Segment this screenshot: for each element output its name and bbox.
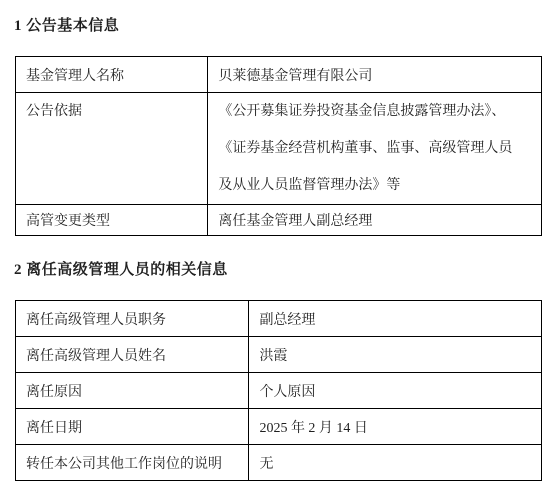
row-value-reason: 个人原因 (249, 373, 542, 409)
table-row-fund-manager: 基金管理人名称 贝莱德基金管理有限公司 (16, 57, 542, 93)
row-value-date: 2025 年 2 月 14 日 (249, 409, 542, 445)
row-value-name: 洪霞 (249, 337, 542, 373)
row-label-reason: 离任原因 (16, 373, 249, 409)
row-value-position: 副总经理 (249, 301, 542, 337)
section1-heading: 1 公告基本信息 (14, 0, 550, 34)
table-row-position: 离任高级管理人员职务 副总经理 (16, 301, 542, 337)
row-value-change-type: 离任基金管理人副总经理 (208, 205, 542, 236)
row-label-position: 离任高级管理人员职务 (16, 301, 249, 337)
table-row-reason: 离任原因 个人原因 (16, 373, 542, 409)
table-row-announcement-basis: 公告依据 《公开募集证券投资基金信息披露管理办法》、 《证券基金经营机构董事、监… (16, 93, 542, 205)
row-label-announcement-basis: 公告依据 (16, 93, 208, 205)
row-label-fund-manager: 基金管理人名称 (16, 57, 208, 93)
section2-heading: 2 离任高级管理人员的相关信息 (14, 263, 550, 278)
table-row-name: 离任高级管理人员姓名 洪霞 (16, 337, 542, 373)
table-row-transfer-note: 转任本公司其他工作岗位的说明 无 (16, 445, 542, 481)
departing-executive-info-table: 离任高级管理人员职务 副总经理 离任高级管理人员姓名 洪霞 离任原因 个人原因 … (15, 300, 542, 481)
row-value-fund-manager: 贝莱德基金管理有限公司 (208, 57, 542, 93)
row-value-announcement-basis: 《公开募集证券投资基金信息披露管理办法》、 《证券基金经营机构董事、监事、高级管… (208, 93, 542, 205)
row-value-transfer-note: 无 (249, 445, 542, 481)
row-label-change-type: 高管变更类型 (16, 205, 208, 236)
basis-line-3: 及从业人员监督管理办法》等 (218, 167, 531, 204)
row-label-name: 离任高级管理人员姓名 (16, 337, 249, 373)
announcement-document: 1 公告基本信息 基金管理人名称 贝莱德基金管理有限公司 公告依据 《公开募集证… (0, 0, 550, 493)
table-row-date: 离任日期 2025 年 2 月 14 日 (16, 409, 542, 445)
table-row-change-type: 高管变更类型 离任基金管理人副总经理 (16, 205, 542, 236)
row-label-date: 离任日期 (16, 409, 249, 445)
row-label-transfer-note: 转任本公司其他工作岗位的说明 (16, 445, 249, 481)
basis-line-1: 《公开募集证券投资基金信息披露管理办法》、 (218, 93, 531, 130)
announcement-basic-info-table: 基金管理人名称 贝莱德基金管理有限公司 公告依据 《公开募集证券投资基金信息披露… (15, 56, 542, 236)
basis-line-2: 《证券基金经营机构董事、监事、高级管理人员 (218, 130, 531, 167)
